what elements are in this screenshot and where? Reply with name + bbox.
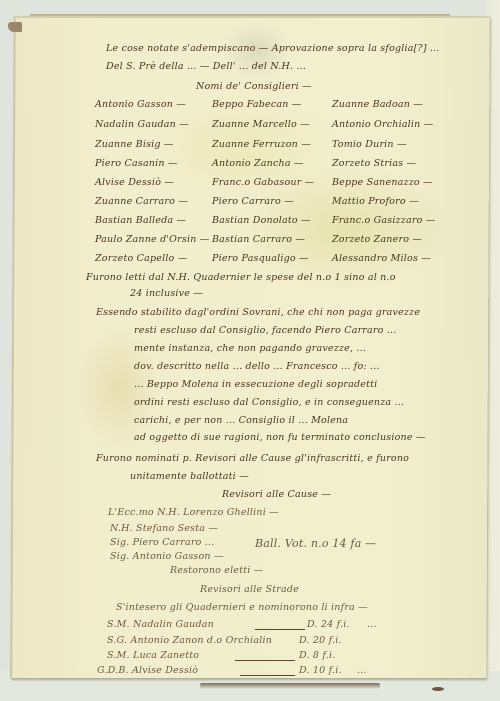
ledger-amount: D. 24 f.i. — [307, 620, 350, 630]
councillor-row: Paulo Zanne d'Orsin — Bastian Carraro — … — [95, 235, 455, 249]
ledger-rule — [240, 675, 295, 676]
paragraph-2-line: Essendo stabilito dagl'ordini Sovrani, c… — [96, 308, 420, 318]
ledger-name: S.M. Luca Zanetto — [107, 651, 199, 661]
councillor-name: Zuanne Bisig — — [95, 140, 174, 150]
councillor-name: Piero Casanin — — [95, 159, 178, 169]
councillor-row: Piero Casanin — Antonio Zancha — Zorzeto… — [95, 159, 455, 173]
councillor-name: Zorzeto Strias — — [332, 159, 416, 169]
councillor-name: Bastian Donolato — — [212, 216, 311, 226]
councillor-row: Alvise Dessiò — Franc.o Gabasour — Beppe… — [95, 178, 455, 192]
torn-corner — [8, 22, 22, 32]
subheading-revisori-cause: Revisori alle Cause — — [222, 490, 331, 500]
page-bottom-shadow — [200, 683, 380, 689]
revisore-name: N.H. Stefano Sesta — — [110, 524, 218, 534]
councillor-name: Franc.o Gabasour — — [212, 178, 314, 188]
ledger-amount: D. 8 f.i. — [299, 651, 335, 661]
councillor-row: Antonio Gasson — Beppo Fabecan — Zuanne … — [95, 100, 455, 114]
approved-label: Restorono eletti — — [170, 566, 263, 576]
councillor-name: Bastian Carraro — — [212, 235, 305, 245]
ledger-name: S.M. Nadalin Gaudan — [107, 620, 214, 630]
revisore-name: Sig. Piero Carraro ... — [110, 538, 214, 548]
councillor-row: Bastian Balleda — Bastian Donolato — Fra… — [95, 216, 455, 230]
councillor-row: Zorzeto Capello — Piero Pasqualigo — Ale… — [95, 254, 455, 268]
councillor-name: Piero Pasqualigo — — [212, 254, 309, 264]
ledger-row: S.G. Antonio Zanon d.o Orchialin D. 20 f… — [95, 636, 425, 650]
councillor-name: Zorzeto Zanero — — [332, 235, 422, 245]
councillor-name: Paulo Zanne d'Orsin — — [95, 235, 209, 245]
ledger-amount: D. 20 f.i. — [299, 636, 342, 646]
paragraph-3-line: Furono nominati p. Revisori alle Cause g… — [96, 454, 409, 464]
councillor-name: Antonio Orchialin — — [332, 120, 433, 130]
ledger-note: ... — [367, 620, 377, 630]
ledger-name: G.D.B. Alvise Dessiò — [97, 666, 198, 676]
councillor-name: Antonio Zancha — — [212, 159, 304, 169]
councillor-name: Nadalin Gaudan — — [95, 120, 189, 130]
councillor-name: Zuanne Ferruzon — — [212, 140, 311, 150]
revisore-name: L'Ecc.mo N.H. Lorenzo Ghellini — — [108, 508, 279, 518]
councillor-name: Antonio Gasson — — [95, 100, 186, 110]
paragraph-2-line: carichi, e per non ... Consiglio il ... … — [134, 416, 348, 426]
ledger-amount: D. 10 f.i. — [299, 666, 342, 676]
paragraph-1-line: Furono letti dal N.H. Quadernier le spes… — [86, 273, 396, 283]
ledger-row: S.M. Luca Zanetto D. 8 f.i. — [95, 651, 425, 665]
councillor-name: Alvise Dessiò — — [95, 178, 174, 188]
section-title-councillors: Nomi de' Consiglieri — — [196, 82, 312, 92]
paragraph-2-line: resti escluso dal Consiglio, facendo Pie… — [134, 326, 396, 336]
paragraph-2-line: ... Beppo Molena in essecuzione degli so… — [134, 380, 377, 390]
paragraph-2-line: ordini resti escluso dal Consiglio, e in… — [134, 398, 404, 408]
ink-spot — [432, 687, 444, 691]
ballot-note: Ball. Vot. n.o 14 fa — — [255, 538, 376, 549]
ledger-intro: S'intesero gli Quadernieri e nominorono … — [116, 603, 368, 613]
councillor-row: Zuanne Carraro — Piero Carraro — Mattio … — [95, 197, 455, 211]
paragraph-3-line: unitamente ballottati — — [130, 472, 249, 482]
ledger-rule — [255, 629, 305, 630]
revisore-name: Sig. Antonio Gasson — — [110, 552, 224, 562]
councillor-name: Franc.o Gasizzaro — — [332, 216, 435, 226]
councillor-row: Zuanne Bisig — Zuanne Ferruzon — Tomio D… — [95, 140, 455, 154]
ledger-row: G.D.B. Alvise Dessiò D. 10 f.i. ... — [95, 666, 425, 680]
councillor-name: Zuanne Marcello — — [212, 120, 310, 130]
councillor-name: Zuanne Carraro — — [95, 197, 188, 207]
ledger-row: S.M. Nadalin Gaudan D. 24 f.i. ... — [95, 620, 425, 634]
paragraph-1-line: 24 inclusive — — [130, 289, 203, 299]
councillor-name: Alessandro Milos — — [332, 254, 431, 264]
councillor-row: Nadalin Gaudan — Zuanne Marcello — Anton… — [95, 120, 455, 134]
ledger-note: ... — [357, 666, 367, 676]
paragraph-2-line: dov. descritto nella ... dello ... Franc… — [134, 362, 380, 372]
councillor-name: Tomio Durin — — [332, 140, 407, 150]
header-line-2: Del S. Prè della ... — Dell' ... del N.H… — [106, 62, 306, 72]
paragraph-2-line: ad oggetto di sue ragioni, non fu termin… — [134, 433, 426, 443]
ledger-rule — [235, 660, 295, 661]
subheading-revisori-strade: Revisori alle Strade — [200, 585, 299, 595]
councillor-name: Piero Carraro — — [212, 197, 294, 207]
paragraph-2-line: mente instanza, che non pagando gravezze… — [134, 344, 366, 354]
councillor-name: Bastian Balleda — — [95, 216, 186, 226]
councillor-name: Beppe Sanenazzo — — [332, 178, 433, 188]
councillor-name: Zorzeto Capello — — [95, 254, 187, 264]
councillor-name: Beppo Fabecan — — [212, 100, 301, 110]
councillor-name: Mattio Proforo — — [332, 197, 419, 207]
header-line-1: Le cose notate s'adempiscano — Aprovazio… — [106, 44, 440, 54]
councillor-name: Zuanne Badoan — — [332, 100, 423, 110]
ledger-name: S.G. Antonio Zanon d.o Orchialin — [107, 636, 272, 646]
